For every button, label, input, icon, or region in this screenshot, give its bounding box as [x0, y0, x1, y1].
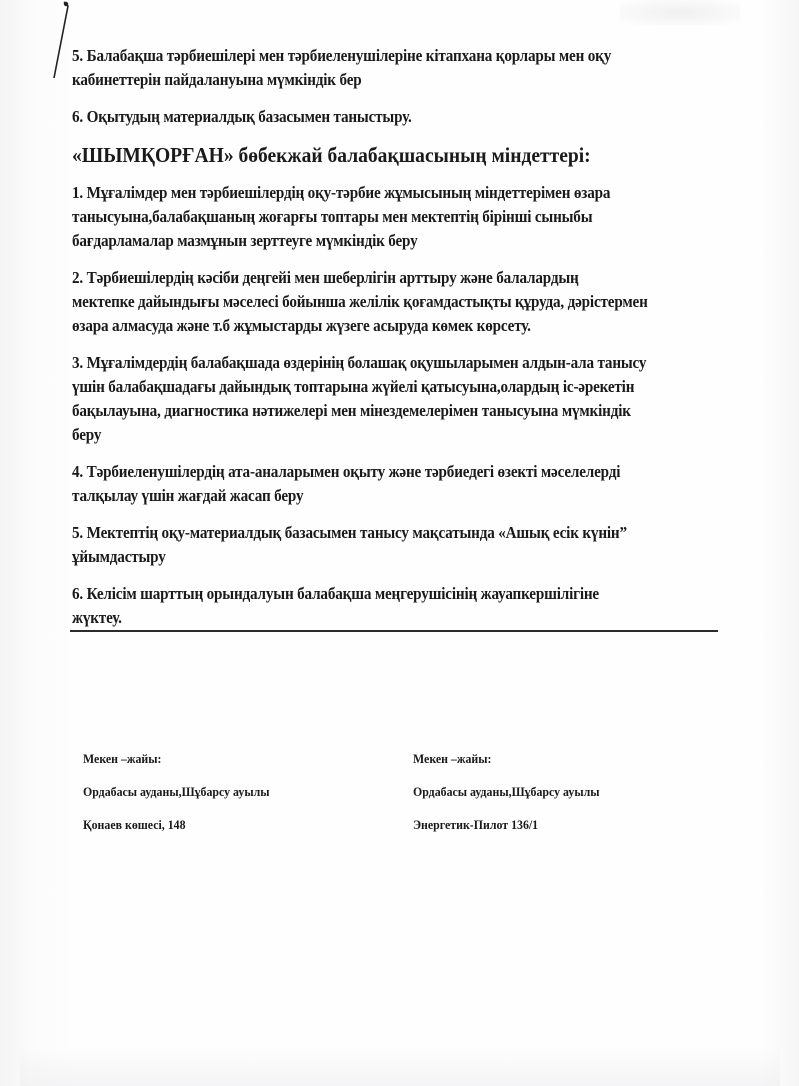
paper-bleed-through-bottom [20, 1046, 780, 1086]
text-line: 6. Оқытудың материалдық базасымен таныст… [72, 107, 412, 126]
text-line: танысуына,балабақшаның жоғарғы топтары м… [72, 207, 592, 226]
text-line: ұйымдастыру [72, 547, 166, 566]
text-line: бағдарламалар мазмұнын зерттеуге мүмкінд… [72, 231, 418, 250]
duty-item-5: 5. Мектептің оқу-материалдық базасымен т… [72, 521, 734, 569]
text-line: талқылау үшін жағдай жасап беру [72, 486, 303, 505]
text-line: 2. Тәрбиешілердің кәсіби деңгейі мен шеб… [72, 268, 579, 287]
duty-item-6: 6. Келісім шарттың орындалуын балабақша … [72, 582, 734, 630]
intro-item-5: 5. Балабақша тәрбиешілері мен тәрбиелену… [72, 44, 734, 92]
duty-item-2: 2. Тәрбиешілердің кәсіби деңгейі мен шеб… [72, 266, 734, 338]
horizontal-rule [70, 630, 718, 632]
paper-bleed-through [620, 0, 740, 25]
address-line-2: Энергетик-Пилот 136/1 [413, 818, 600, 833]
text-line: кабинеттерін пайдалануына мүмкіндік бер [72, 70, 362, 89]
text-line: 5. Балабақша тәрбиешілері мен тәрбиелену… [72, 46, 611, 65]
duty-item-1: 1. Мұғалімдер мен тәрбиешілердің оқу-тәр… [72, 181, 734, 253]
duty-item-4: 4. Тәрбиеленушілердің ата-аналарымен оқы… [72, 460, 734, 508]
duties-list: 1. Мұғалімдер мен тәрбиешілердің оқу-тәр… [72, 181, 732, 630]
text-line: жүктеу. [72, 608, 122, 627]
text-line: беру [72, 425, 101, 444]
text-line: 3. Мұғалімдердің балабақшада өздерінің б… [72, 353, 646, 372]
text-line: 1. Мұғалімдер мен тәрбиешілердің оқу-тәр… [72, 183, 610, 202]
text-line: бақылауына, диагностика нәтижелері мен м… [72, 401, 631, 420]
document-body: 5. Балабақша тәрбиешілері мен тәрбиелену… [72, 44, 732, 643]
text-line: 4. Тәрбиеленушілердің ата-аналарымен оқы… [72, 462, 620, 481]
address-block-left: Мекен –жайы: Ордабасы ауданы,Шұбарсу ауы… [83, 752, 270, 851]
address-label: Мекен –жайы: [413, 752, 600, 767]
address-line-2: Қонаев көшесі, 148 [83, 818, 270, 833]
address-line-1: Ордабасы ауданы,Шұбарсу ауылы [83, 785, 270, 800]
text-line: 6. Келісім шарттың орындалуын балабақша … [72, 584, 599, 603]
text-line: мектепке дайындығы мәселесі бойынша желі… [72, 292, 648, 311]
section-heading: «ШЫМҚОРҒАН» бөбекжай балабақшасының мінд… [72, 142, 742, 168]
text-line: өзара алмасуда және т.б жұмыстарды жүзег… [72, 316, 531, 335]
address-line-1: Ордабасы ауданы,Шұбарсу ауылы [413, 785, 600, 800]
duty-item-3: 3. Мұғалімдердің балабақшада өздерінің б… [72, 351, 734, 447]
address-block-right: Мекен –жайы: Ордабасы ауданы,Шұбарсу ауы… [413, 752, 600, 851]
text-line: 5. Мектептің оқу-материалдық базасымен т… [72, 523, 627, 542]
text-line: үшін балабақшадағы дайындық топтарына жү… [72, 377, 634, 396]
document-page: 5. Балабақша тәрбиешілері мен тәрбиелену… [0, 0, 799, 1086]
intro-item-6: 6. Оқытудың материалдық базасымен таныст… [72, 105, 734, 129]
intro-list: 5. Балабақша тәрбиешілері мен тәрбиелену… [72, 44, 732, 129]
address-label: Мекен –жайы: [83, 752, 270, 767]
